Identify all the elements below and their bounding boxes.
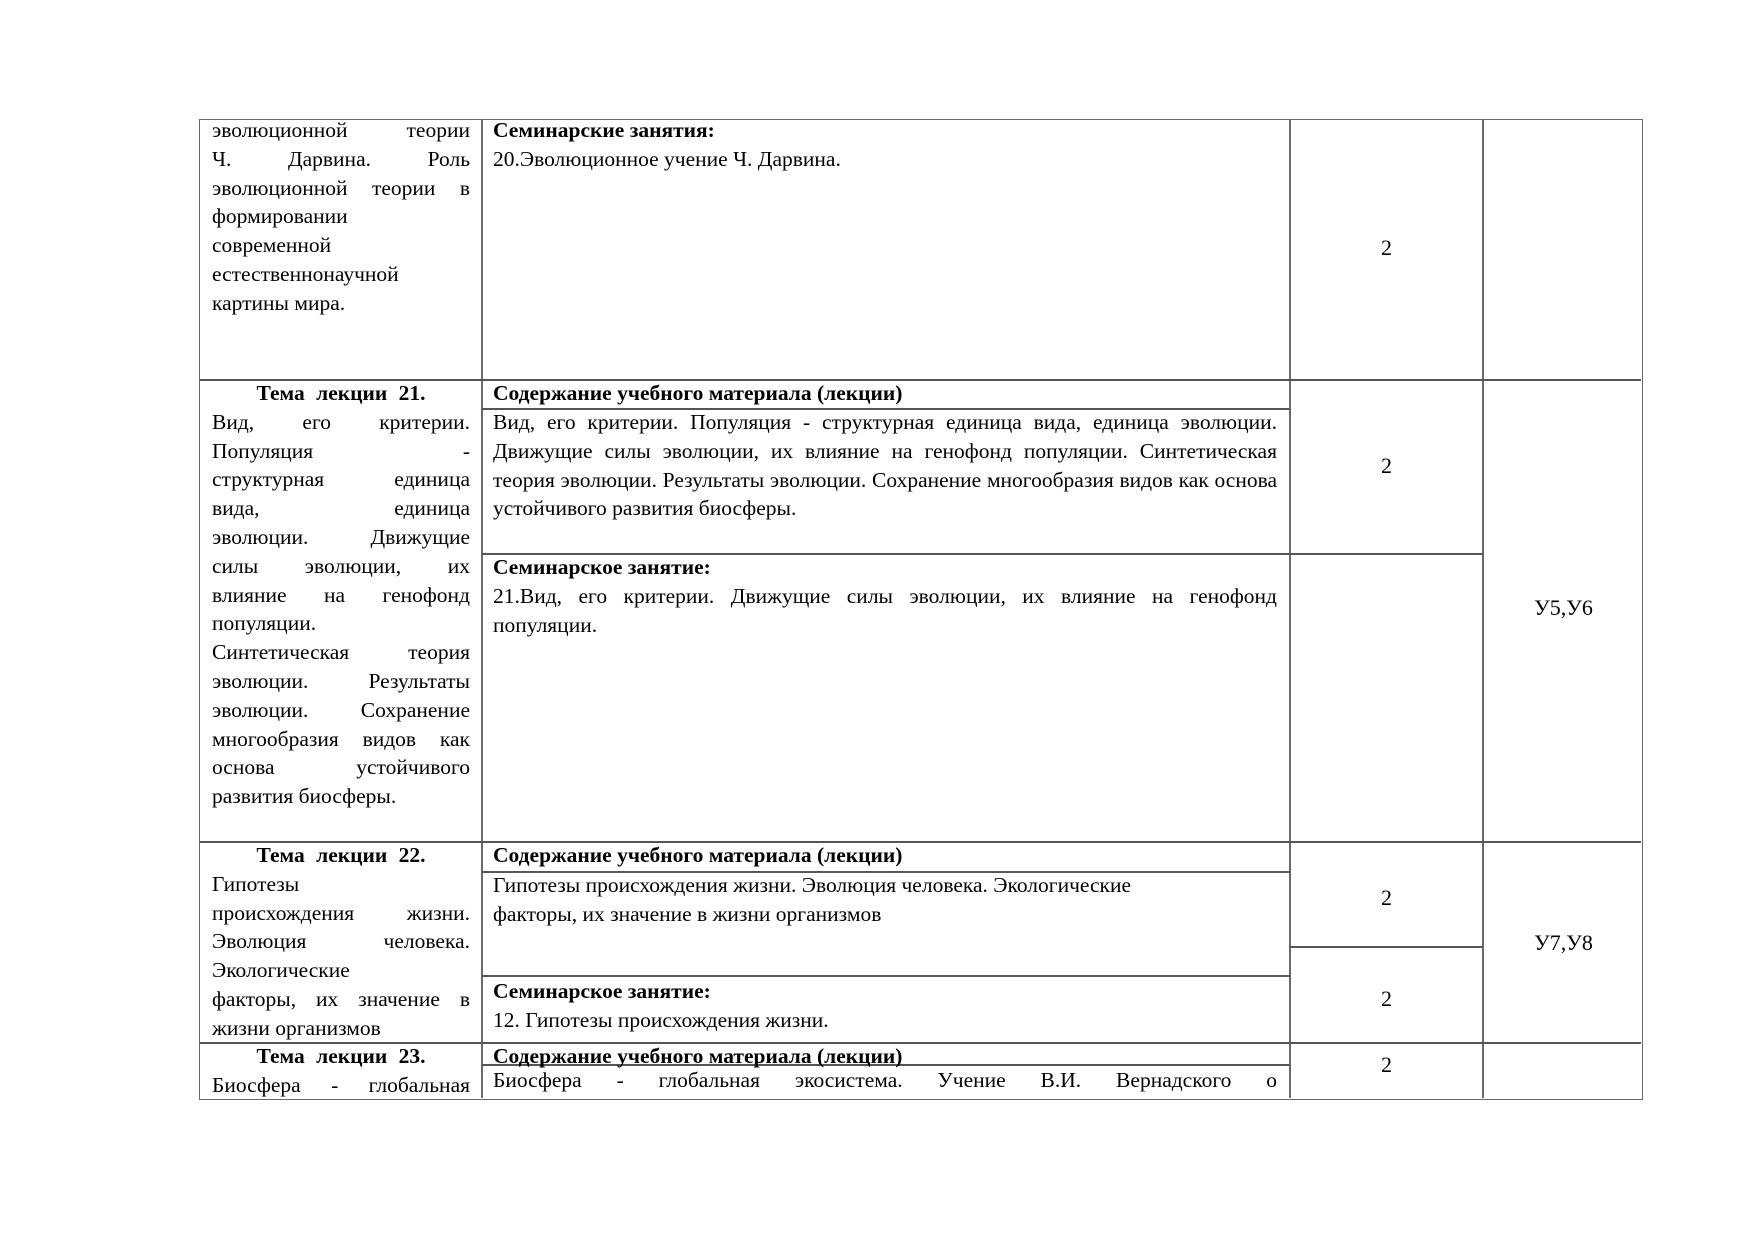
topic-line: происхождения жизни. bbox=[212, 899, 470, 928]
lecture-text: Гипотезы происхождения жизни. Эволюция ч… bbox=[493, 871, 1193, 929]
seminar-header: Семинарское занятие: bbox=[493, 553, 1277, 582]
seminar-text: 21.Вид, его критерии. Движущие силы эвол… bbox=[493, 582, 1277, 640]
topic-line: факторы, их значение в bbox=[212, 985, 470, 1014]
lecture-text-line: Биосфера - глобальная экосистема. Учение… bbox=[493, 1066, 1277, 1095]
topic-title: Тема лекции 21. bbox=[212, 379, 470, 408]
curriculum-table: эволюционной теории Ч. Дарвина. Роль эво… bbox=[199, 119, 1643, 1100]
topic-line: естественнонаучной bbox=[212, 260, 470, 289]
topic-line: картины мира. bbox=[212, 289, 470, 318]
topic-cell: Тема лекции 21. Вид, его критерии. Попул… bbox=[212, 379, 470, 811]
topic-line: Эволюция человека. bbox=[212, 927, 470, 956]
topic-line: структурная единица bbox=[212, 465, 470, 494]
lecture-text: Вид, его критерии. Популяция - структурн… bbox=[493, 408, 1277, 523]
topic-line: эволюции. Сохранение bbox=[212, 696, 470, 725]
topic-line: эволюционной теории bbox=[212, 116, 470, 145]
hours-divider bbox=[1290, 946, 1483, 948]
topic-title: Тема лекции 22. bbox=[212, 841, 470, 870]
seminar-cell: Семинарское занятие: 21.Вид, его критери… bbox=[493, 553, 1277, 639]
seminar-cell: Семинарское занятие: 12. Гипотезы происх… bbox=[493, 977, 1277, 1035]
topic-line: Ч. Дарвина. Роль bbox=[212, 145, 470, 174]
topic-line: современной bbox=[212, 231, 470, 260]
lecture-header: Содержание учебного материала (лекции) bbox=[493, 841, 1277, 870]
topic-line: Синтетическая теория bbox=[212, 638, 470, 667]
topic-line: основа устойчивого bbox=[212, 753, 470, 782]
topic-cell: эволюционной теории Ч. Дарвина. Роль эво… bbox=[212, 116, 470, 318]
topic-line: эволюционной теории в bbox=[212, 174, 470, 203]
competencies: У5,У6 bbox=[1483, 595, 1644, 621]
seminar-header: Семинарские занятия: bbox=[493, 116, 1277, 145]
seminar-hours: 2 bbox=[1290, 986, 1483, 1012]
seminar-text: 12. Гипотезы происхождения жизни. bbox=[493, 1006, 1277, 1035]
topic-line: жизни организмов bbox=[212, 1014, 470, 1043]
lecture-text: Биосфера - глобальная экосистема. Учение… bbox=[493, 1066, 1277, 1095]
seminar-cell: Семинарские занятия: 20.Эволюционное уче… bbox=[493, 116, 1277, 174]
topic-line: многообразия видов как bbox=[212, 725, 470, 754]
column-divider bbox=[1289, 120, 1291, 1098]
topic-line: Вид, его критерии. bbox=[212, 408, 470, 437]
seminar-header: Семинарское занятие: bbox=[493, 977, 1277, 1006]
topic-title: Тема лекции 23. bbox=[212, 1042, 470, 1071]
topic-line: Популяция - bbox=[212, 437, 470, 466]
lecture-hours: 2 bbox=[1290, 885, 1483, 911]
topic-line: силы эволюции, их bbox=[212, 552, 470, 581]
lecture-header: Содержание учебного материала (лекции) bbox=[493, 379, 1277, 408]
topic-line: вида, единица bbox=[212, 494, 470, 523]
topic-cell: Тема лекции 23. Биосфера - глобальная bbox=[212, 1042, 470, 1100]
seminar-text: 20.Эволюционное учение Ч. Дарвина. bbox=[493, 145, 1277, 174]
topic-line: популяции. bbox=[212, 609, 470, 638]
competencies: У7,У8 bbox=[1483, 930, 1644, 956]
topic-line: эволюции. Движущие bbox=[212, 523, 470, 552]
topic-line: формировании bbox=[212, 202, 470, 231]
topic-line: Гипотезы bbox=[212, 870, 470, 899]
hours-value: 2 bbox=[1290, 235, 1483, 261]
lecture-hours: 2 bbox=[1290, 453, 1483, 479]
topic-line: влияние на генофонд bbox=[212, 581, 470, 610]
topic-cell: Тема лекции 22. Гипотезы происхождения ж… bbox=[212, 841, 470, 1043]
lecture-hours: 2 bbox=[1290, 1052, 1483, 1078]
topic-line: развития биосферы. bbox=[212, 782, 470, 811]
topic-line: эволюции. Результаты bbox=[212, 667, 470, 696]
topic-line: Биосфера - глобальная bbox=[212, 1071, 470, 1100]
column-divider bbox=[481, 120, 483, 1098]
topic-line: Экологические bbox=[212, 956, 470, 985]
